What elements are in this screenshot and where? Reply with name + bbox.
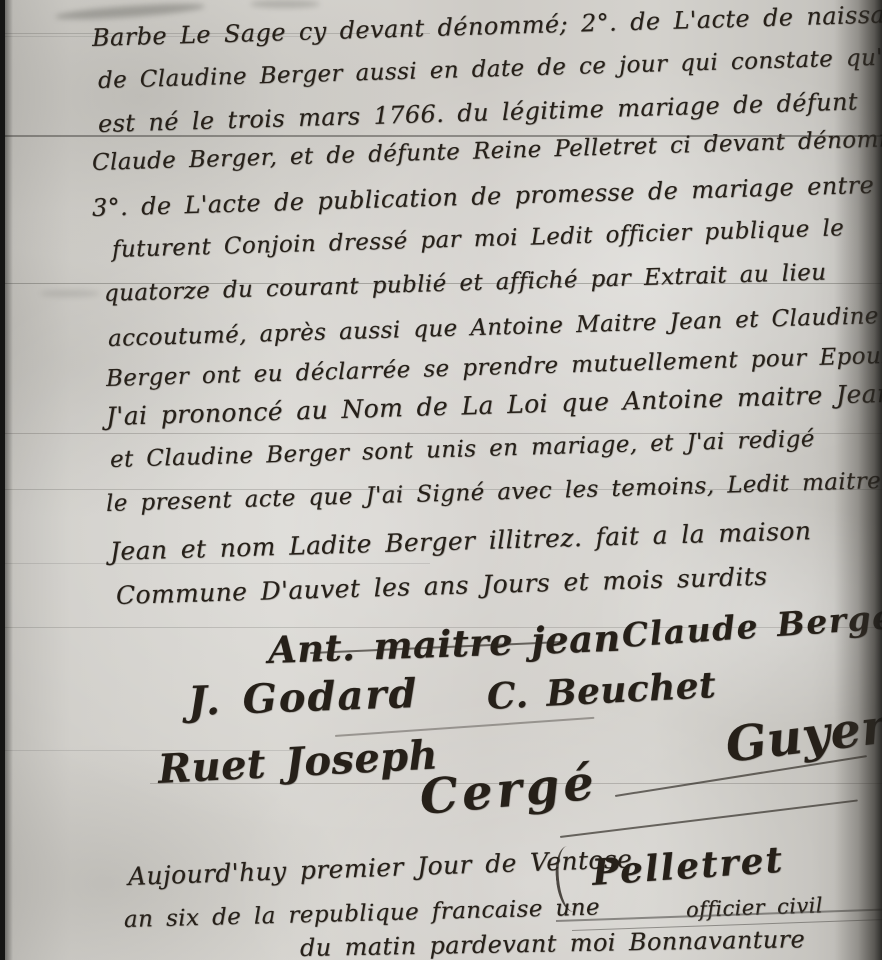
signature-title: officier civil xyxy=(686,893,824,922)
ruled-line xyxy=(0,563,430,564)
document-scan: Barbe Le Sage cy devant dénommé; 2°. de … xyxy=(0,0,882,960)
manuscript-line: Commune D'auvet les ans Jours et mois su… xyxy=(116,562,768,610)
ink-bleed-smudge xyxy=(40,290,100,297)
signature: C. Beuchet xyxy=(486,664,717,718)
book-gutter-shadow xyxy=(834,0,882,960)
ink-bleed-smudge xyxy=(250,0,320,8)
ink-flourish-stroke xyxy=(560,799,858,838)
manuscript-line-partial: du matin pardevant moi Bonnavanture xyxy=(300,925,806,960)
manuscript-line: Barbe Le Sage cy devant dénommé; 2°. de … xyxy=(92,0,882,52)
manuscript-line: de Claudine Berger aussi en date de ce j… xyxy=(98,43,882,94)
signature: Ant. maitre jean xyxy=(267,616,621,672)
manuscript-line: 3°. de L'acte de publication de promesse… xyxy=(92,169,882,222)
manuscript-line: futurent Conjoin dressé par moi Ledit of… xyxy=(112,215,845,263)
manuscript-line: quatorze du courant publié et affiché pa… xyxy=(104,260,827,307)
signature: Cergé xyxy=(418,755,600,826)
ink-bleed-smudge xyxy=(55,1,205,22)
manuscript-line: Jean et nom Ladite Berger illitrez. fait… xyxy=(110,516,812,566)
scan-left-edge-shadow xyxy=(5,0,13,960)
signature: J. Godard xyxy=(187,670,419,725)
manuscript-line: le present acte que J'ai Signé avec les … xyxy=(106,468,882,517)
manuscript-line: an six de la republique francaise une xyxy=(124,895,601,933)
ink-flourish-stroke xyxy=(335,717,595,737)
manuscript-line: accoutumé, après aussi que Antoine Maitr… xyxy=(108,303,879,352)
